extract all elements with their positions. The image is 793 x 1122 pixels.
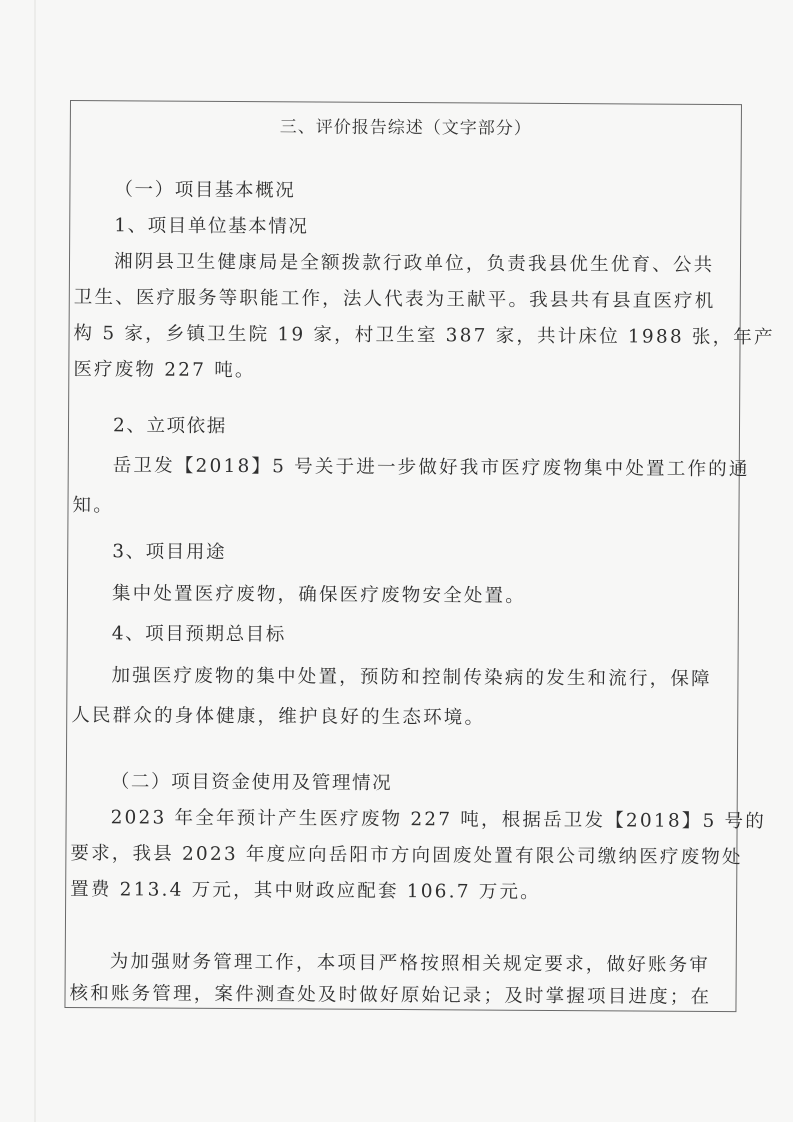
paragraph-line: 核和账务管理，案件测查处及时做好原始记录；及时掌握项目进度；在 [65,979,735,1009]
page-title: 三、评价报告综述（文字部分） [71,111,741,140]
paragraph-line: 加强医疗废物的集中处置，预防和控制传染病的发生和流行，保障 [67,661,737,691]
subsection-heading-goal: 4、项目预期总目标 [68,619,738,649]
paragraph-line: 湘阴县卫生健康局是全额拨款行政单位，负责我县优生优育、公共 [70,247,740,277]
paragraph-line: 集中处置医疗废物，确保医疗废物安全处置。 [68,579,738,609]
subsection-heading-purpose: 3、项目用途 [68,537,738,567]
paragraph-line: 知。 [68,491,738,521]
paragraph-line: 卫生、医疗服务等职能工作，法人代表为王献平。我县共有县直医疗机 [70,283,740,313]
paragraph-line: 2023 年全年预计产生医疗废物 227 吨，根据岳卫发【2018】5 号的 [67,803,737,833]
section-heading-basic-overview: （一）项目基本概况 [70,175,740,205]
paragraph-line: 为加强财务管理工作，本项目严格按照相关规定要求，做好账务审 [66,947,736,977]
subsection-heading-basis: 2、立项依据 [69,411,739,441]
report-frame: 三、评价报告综述（文字部分） （一）项目基本概况 1、项目单位基本情况 湘阴县卫… [64,100,742,1012]
paragraph-line: 置费 213.4 万元，其中财政应配套 106.7 万元。 [66,875,736,905]
paragraph-line: 要求，我县 2023 年度应向岳阳市方向固废处置有限公司缴纳医疗废物处 [66,839,736,869]
paragraph-line: 医疗废物 227 吨。 [69,355,739,385]
paragraph-line: 构 5 家，乡镇卫生院 19 家，村卫生室 387 家，共计床位 1988 张，… [70,319,740,349]
paragraph-line: 岳卫发【2018】5 号关于进一步做好我市医疗废物集中处置工作的通 [69,451,739,481]
section-heading-funds: （二）项目资金使用及管理情况 [67,767,737,797]
subsection-heading-unit-info: 1、项目单位基本情况 [70,211,740,241]
scan-shadow [34,0,36,1122]
paragraph-line: 人民群众的身体健康，维护良好的生态环境。 [67,701,737,731]
